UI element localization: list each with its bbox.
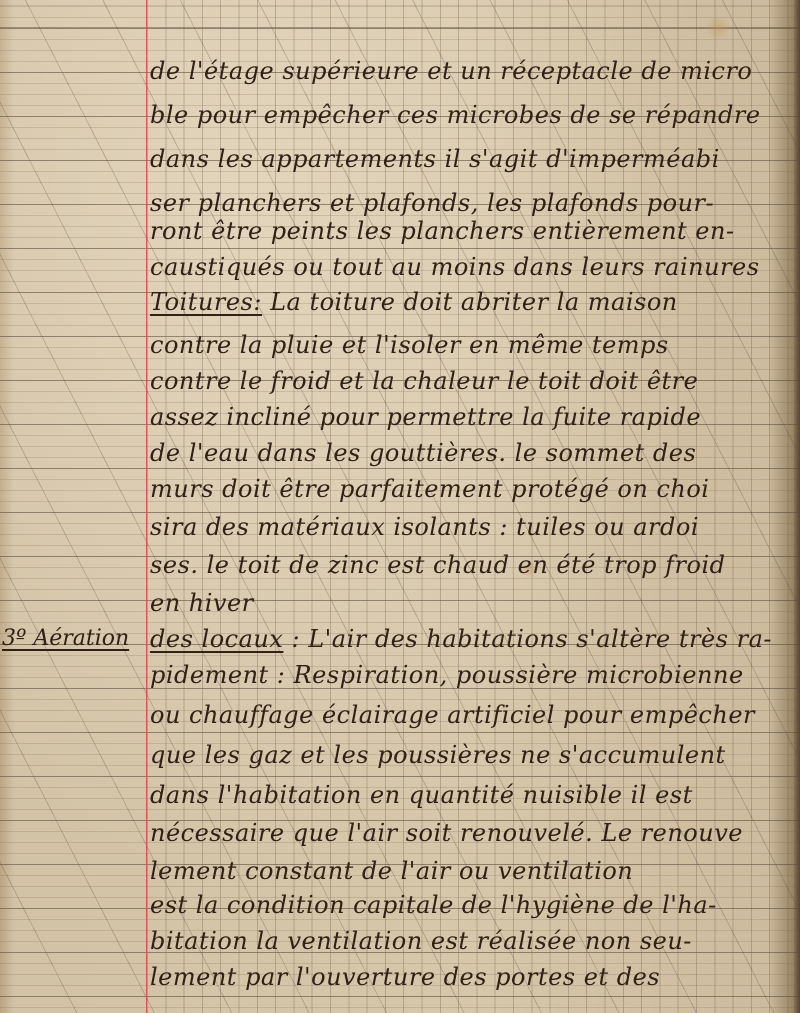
section-number-aeration: 3º Aération — [2, 624, 146, 654]
handwritten-text: de l'étage supérieure et un réceptacle d… — [0, 0, 800, 1013]
text-line: sira des matériaux isolants : tuiles ou … — [150, 512, 792, 542]
text-line: en hiver — [150, 588, 792, 618]
text-line: bitation la ventilation est réalisée non… — [150, 926, 792, 956]
text-line: de l'eau dans les gouttières. le sommet … — [150, 438, 792, 468]
text-line: ser planchers et plafonds, les plafonds … — [150, 188, 792, 218]
text-line: dans l'habitation en quantité nuisible i… — [150, 780, 792, 810]
text-line: ble pour empêcher ces microbes de se rép… — [150, 100, 792, 130]
section-heading-locaux: des locaux — [150, 625, 283, 653]
text-line: est la condition capitale de l'hygiène d… — [150, 890, 792, 920]
text-line: caustiqués ou tout au moins dans leurs r… — [150, 252, 792, 282]
text-segment: : L'air des habitations s'altère très ra… — [283, 625, 772, 653]
text-line: ront être peints les planchers entièreme… — [150, 216, 792, 246]
text-line: que les gaz et les poussières ne s'accum… — [150, 740, 792, 770]
text-line: dans les appartements il s'agit d'imperm… — [150, 144, 792, 174]
text-line: ou chauffage éclairage artificiel pour e… — [150, 700, 792, 730]
text-line: ses. le toit de zinc est chaud en été tr… — [150, 550, 792, 580]
text-line: nécessaire que l'air soit renouvelé. Le … — [150, 818, 792, 848]
text-line-aeration: des locaux : L'air des habitations s'alt… — [150, 624, 792, 654]
text-line: de l'étage supérieure et un réceptacle d… — [150, 56, 792, 86]
text-line: murs doit être parfaitement protégé on c… — [150, 474, 792, 504]
text-line: assez incliné pour permettre la fuite ra… — [150, 402, 792, 432]
section-heading-toitures: Toitures: — [150, 288, 262, 316]
text-line: contre le froid et la chaleur le toit do… — [150, 366, 792, 396]
text-line: lement par l'ouverture des portes et des — [150, 962, 792, 992]
text-segment: La toiture doit abriter la maison — [262, 288, 678, 316]
text-line: contre la pluie et l'isoler en même temp… — [150, 330, 792, 360]
notebook-page: de l'étage supérieure et un réceptacle d… — [0, 0, 800, 1013]
text-line: pidement : Respiration, poussière microb… — [150, 660, 792, 690]
text-line-toitures: Toitures: La toiture doit abriter la mai… — [150, 287, 792, 317]
text-line: lement constant de l'air ou ventilation — [150, 856, 792, 886]
